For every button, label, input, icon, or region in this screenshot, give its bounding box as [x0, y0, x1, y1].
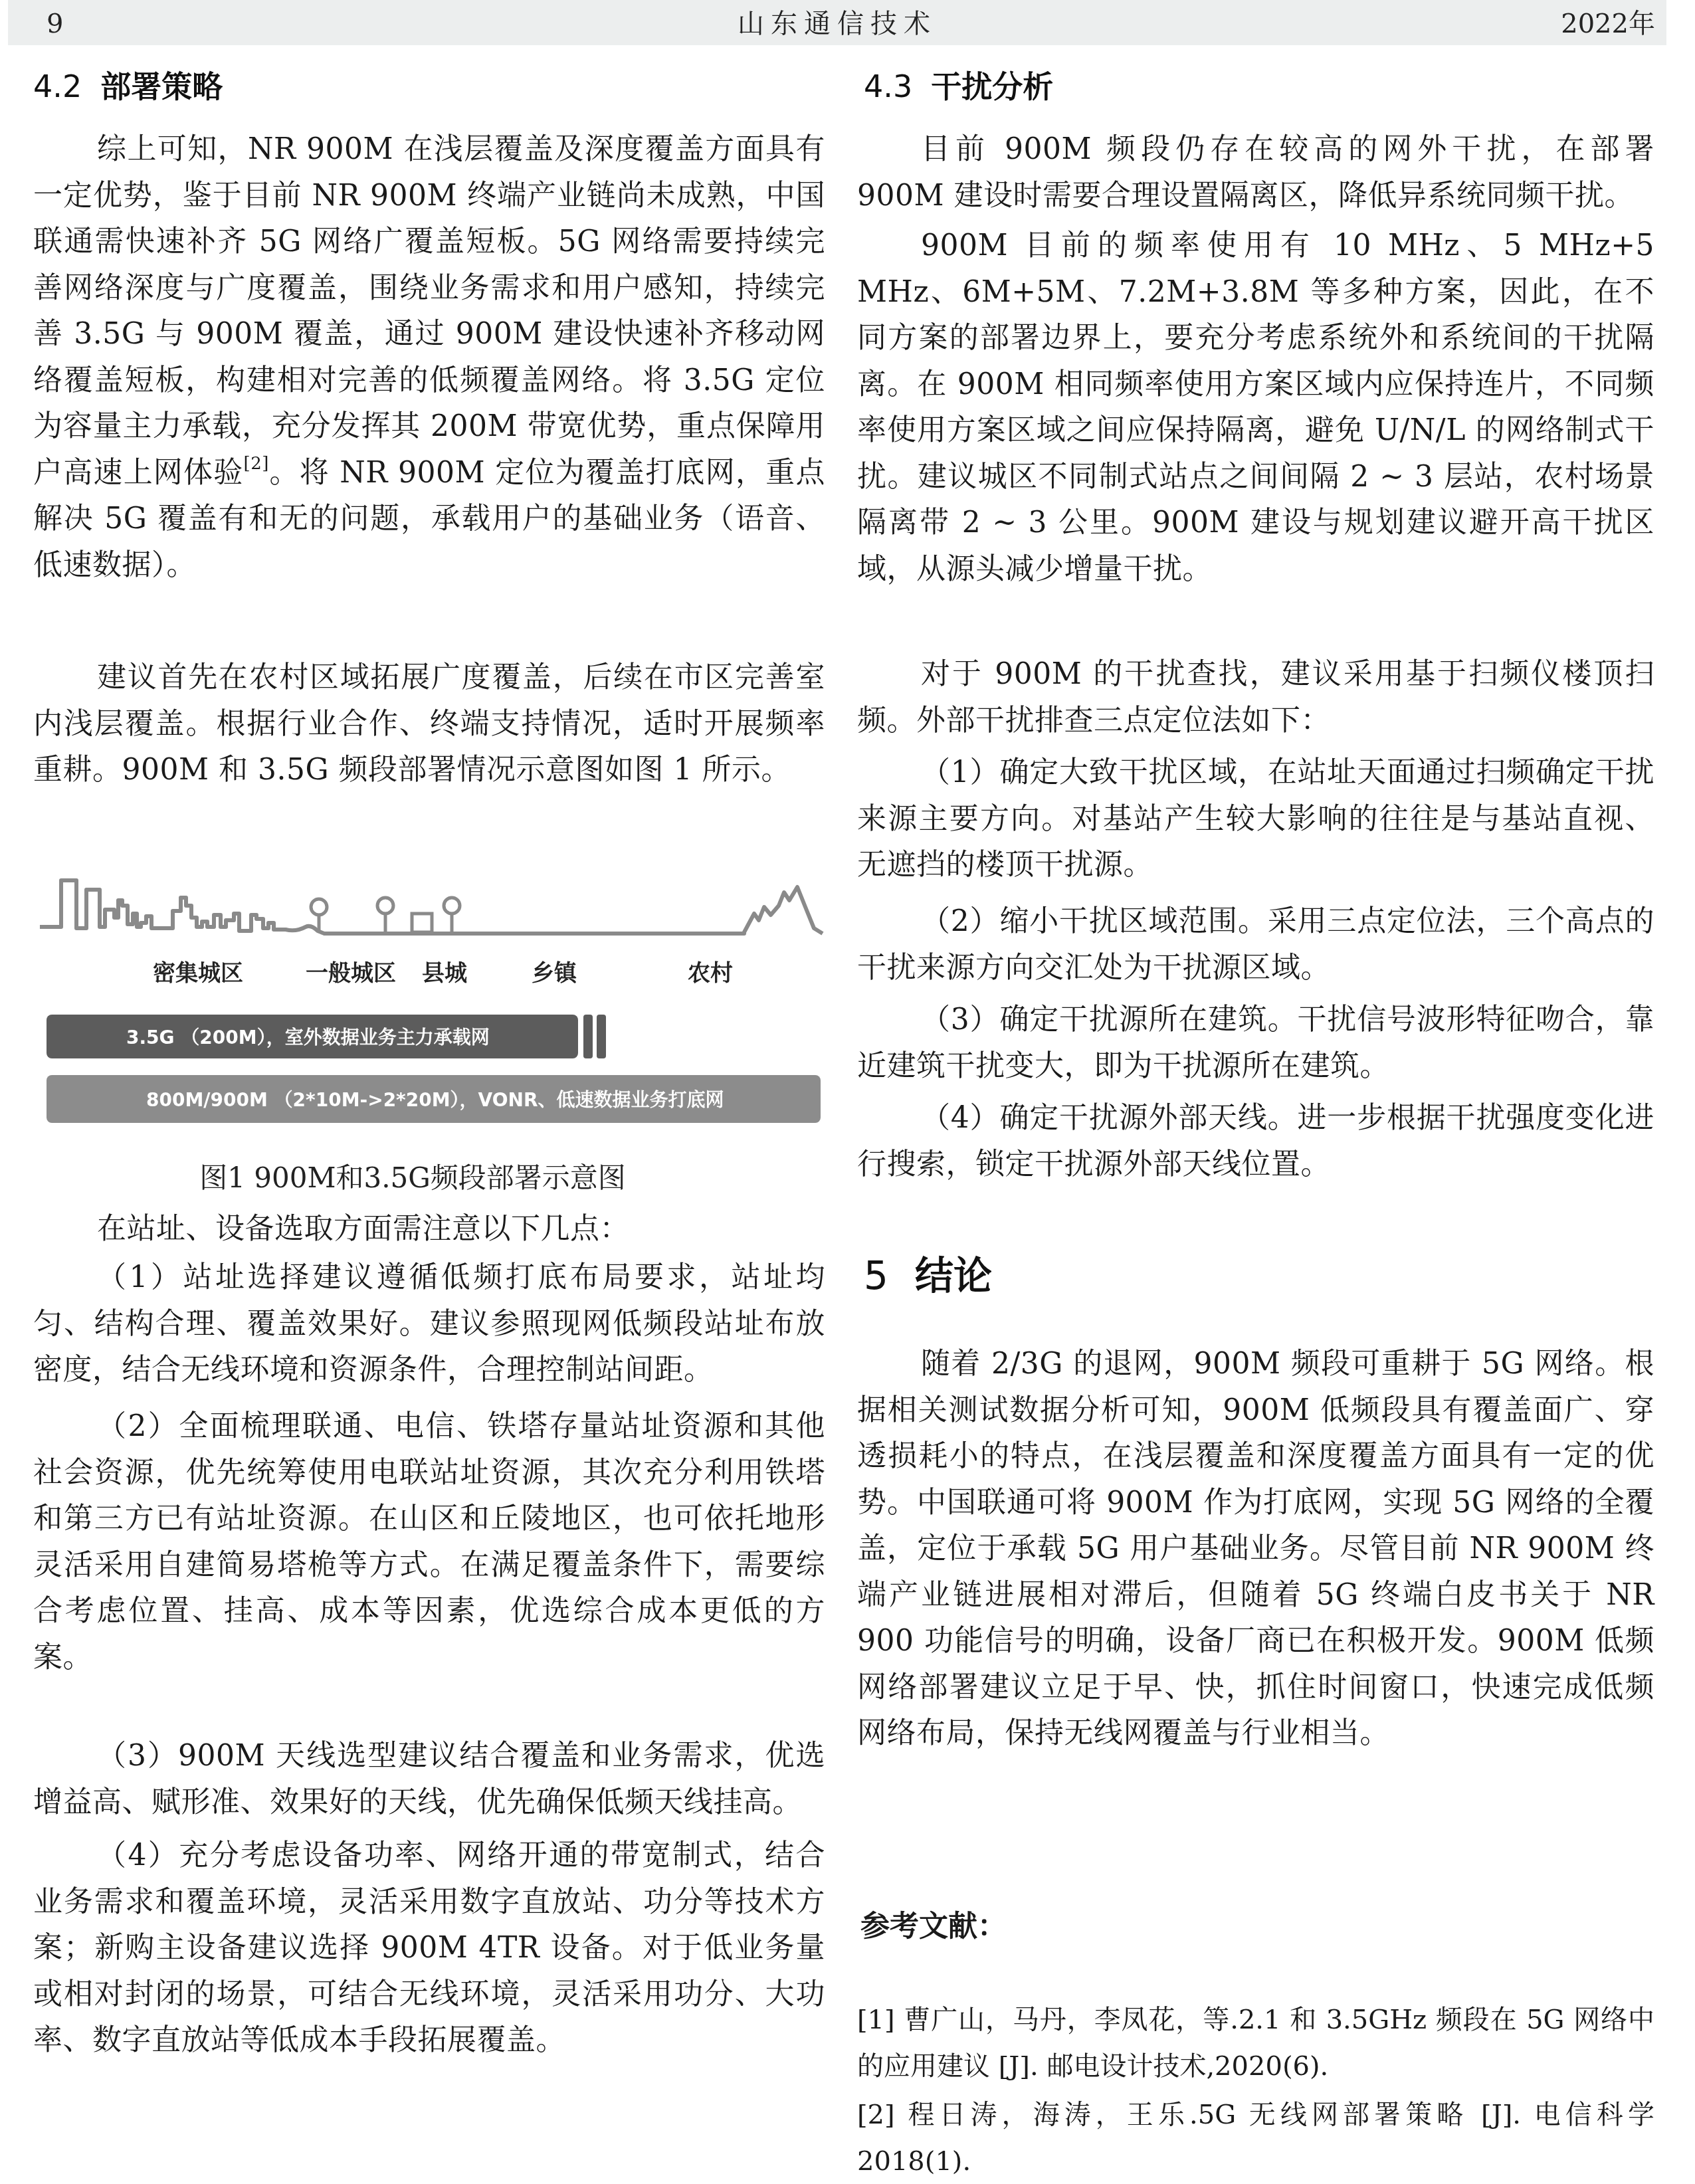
area-label-township: 乡镇	[532, 955, 577, 987]
site-point-4: （4）充分考虑设备功率、网络开通的带宽制式，结合业务需求和覆盖环境，灵活采用数字…	[33, 1833, 825, 2064]
locate-step-4: （4）确定干扰源外部天线。进一步根据干扰强度变化进行搜索，锁定干扰源外部天线位置…	[857, 1095, 1654, 1187]
reference-1[interactable]: [1] 曹广山，马丹，李凤花，等.2.1 和 3.5GHz 频段在 5G 网络中…	[857, 1997, 1654, 2090]
section-number: 5	[864, 1256, 888, 1296]
bar-3-5g: 3.5G （200M），室外数据业务主力承载网	[47, 1015, 578, 1058]
bar-900m: 800M/900M （2*10M->2*20M），VONR、低速数据业务打底网	[47, 1075, 821, 1123]
journal-title: 山东通信技术	[0, 7, 1674, 41]
conclusion-paragraph: 随着 2/3G 的退网，900M 频段可重耕于 5G 网络。根据相关测试数据分析…	[857, 1341, 1654, 1757]
section-heading-5: 5结论	[864, 1256, 992, 1296]
figure-caption: 图1 900M和3.5G频段部署示意图	[0, 1159, 825, 1197]
locate-step-3: （3）确定干扰源所在建筑。干扰信号波形特征吻合，靠近建筑干扰变大，即为干扰源所在…	[857, 997, 1654, 1089]
reference-2[interactable]: [2] 程日涛，海涛，王乐.5G 无线网部署策略 [J]. 电信科学 2018(…	[857, 2092, 1654, 2184]
interference-para-1: 目前 900M 频段仍存在较高的网外干扰，在部署 900M 建设时需要合理设置隔…	[857, 126, 1654, 219]
paragraph-text: 综上可知，NR 900M 在浅层覆盖及深度覆盖方面具有一定优势，鉴于目前 NR …	[33, 132, 825, 490]
site-point-2: （2）全面梳理联通、电信、铁塔存量站址资源和其他社会资源，优先统筹使用电联站址资…	[33, 1403, 825, 1680]
section-title: 干扰分析	[931, 68, 1053, 104]
bar-3-5g-stripe	[597, 1015, 606, 1058]
section-heading-4-3: 4.3干扰分析	[864, 66, 1053, 106]
area-label-general-urban: 一般城区	[306, 955, 396, 987]
area-label-rural: 农村	[688, 955, 733, 987]
paragraph-deployment-1: 综上可知，NR 900M 在浅层覆盖及深度覆盖方面具有一定优势，鉴于目前 NR …	[33, 126, 825, 588]
section-title: 结论	[915, 1253, 992, 1298]
site-point-3: （3）900M 天线选型建议结合覆盖和业务需求，优选增益高、赋形准、效果好的天线…	[33, 1733, 825, 1825]
section-number: 4.3	[864, 66, 912, 106]
area-label-county: 县城	[422, 955, 467, 987]
figure-1: 密集城区 一般城区 县城 乡镇 农村 3.5G （200M），室外数据业务主力承…	[40, 874, 824, 1153]
area-label-dense-urban: 密集城区	[153, 955, 243, 987]
bar-3-5g-stripe	[583, 1015, 593, 1058]
site-point-1: （1）站址选择建议遵循低频打底布局要求，站址均匀、结构合理、覆盖效果好。建议参照…	[33, 1254, 825, 1393]
section-heading-4-2: 4.2部署策略	[33, 66, 223, 106]
site-intro: 在站址、设备选取方面需注意以下几点：	[33, 1206, 825, 1252]
locate-step-2: （2）缩小干扰区域范围。采用三点定位法，三个高点的干扰来源方向交汇处为干扰源区域…	[857, 898, 1654, 991]
paragraph-deployment-2: 建议首先在农村区域拓展广度覆盖，后续在市区完善室内浅层覆盖。根据行业合作、终端支…	[33, 654, 825, 793]
journal-year: 2022年	[1561, 7, 1655, 41]
interference-para-3: 对于 900M 的干扰查找，建议采用基于扫频仪楼顶扫频。外部干扰排查三点定位法如…	[857, 651, 1654, 744]
references-heading: 参考文献：	[860, 1907, 1007, 1947]
section-title: 部署策略	[100, 68, 223, 104]
interference-para-2: 900M 目前的频率使用有 10 MHz、5 MHz+5 MHz、6M+5M、7…	[857, 223, 1654, 592]
locate-step-1: （1）确定大致干扰区域，在站址天面通过扫频确定干扰来源主要方向。对基站产生较大影…	[857, 749, 1654, 888]
section-number: 4.2	[33, 66, 82, 106]
citation-ref[interactable]: [2]	[244, 454, 269, 474]
skyline-illustration	[40, 874, 824, 953]
